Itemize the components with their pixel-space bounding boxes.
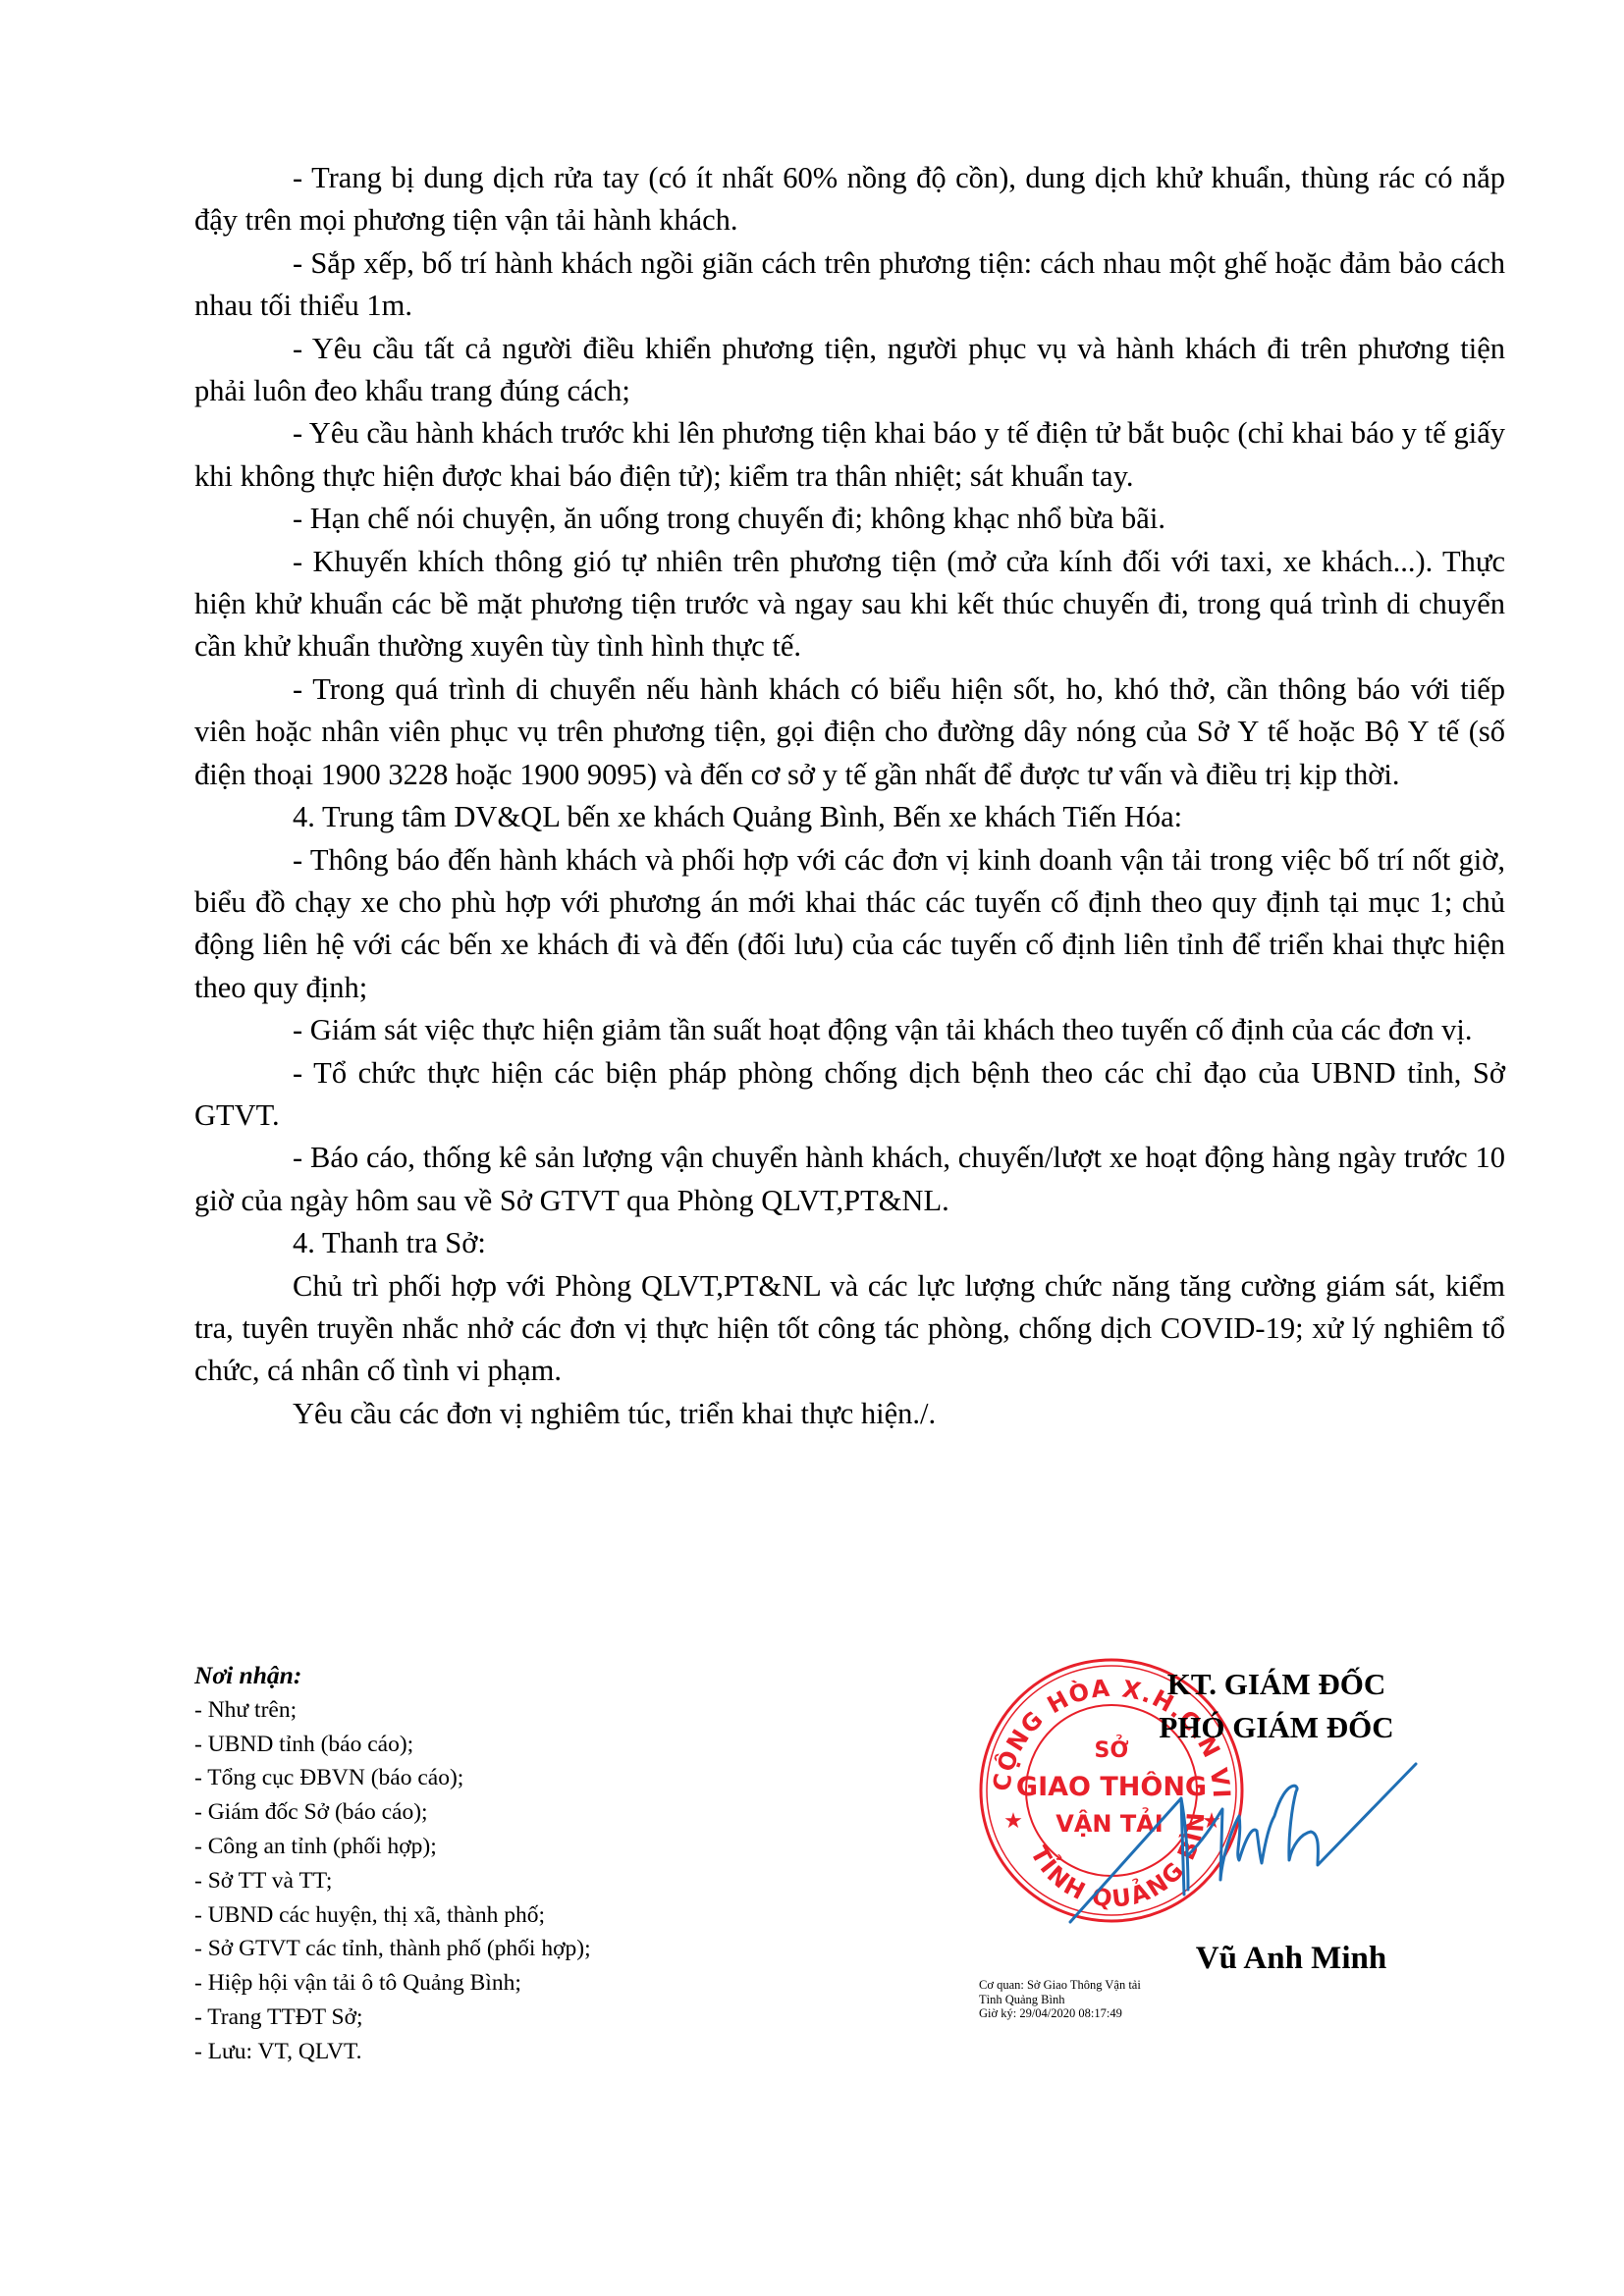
body-paragraph: - Sắp xếp, bố trí hành khách ngồi giãn c…	[194, 242, 1505, 328]
signatory-title-line1: KT. GIÁM ĐỐC	[1114, 1663, 1438, 1706]
digital-signature-agency: Cơ quan: Sở Giao Thông Vận tải	[979, 1978, 1141, 1993]
body-paragraph: - Yêu cầu tất cả người điều khiển phương…	[194, 328, 1505, 413]
handwritten-signature	[1060, 1747, 1453, 1944]
stamp-star-icon: ★	[1003, 1809, 1023, 1834]
body-paragraph: 4. Thanh tra Sở:	[194, 1222, 1505, 1264]
signer-name: Vũ Anh Minh	[1129, 1939, 1453, 1978]
body-paragraph: - Trang bị dung dịch rửa tay (có ít nhất…	[194, 157, 1505, 242]
recipient-item: - Lưu: VT, QLVT.	[194, 2035, 941, 2069]
recipients-list: - Như trên;- UBND tỉnh (báo cáo);- Tổng …	[194, 1693, 941, 2069]
body-paragraph: - Yêu cầu hành khách trước khi lên phươn…	[194, 412, 1505, 498]
digital-signature-province: Tỉnh Quảng Bình	[979, 1993, 1141, 2007]
recipient-item: - Giám đốc Sở (báo cáo);	[194, 1795, 941, 1830]
document-body: - Trang bị dung dịch rửa tay (có ít nhất…	[194, 157, 1505, 1435]
body-paragraph: - Trong quá trình di chuyển nếu hành khá…	[194, 668, 1505, 796]
digital-signature-time: Giờ ký: 29/04/2020 08:17:49	[979, 2006, 1141, 2021]
recipients-block: Nơi nhận: - Như trên;- UBND tỉnh (báo cá…	[194, 1659, 941, 2069]
body-paragraph: - Khuyến khích thông gió tự nhiên trên p…	[194, 541, 1505, 668]
recipient-item: - Sở TT và TT;	[194, 1864, 941, 1898]
digital-signature-info: Cơ quan: Sở Giao Thông Vận tải Tỉnh Quản…	[979, 1978, 1141, 2021]
recipient-item: - Tổng cục ĐBVN (báo cáo);	[194, 1761, 941, 1795]
body-paragraph: - Hạn chế nói chuyện, ăn uống trong chuy…	[194, 498, 1505, 540]
recipient-item: - Hiệp hội vận tải ô tô Quảng Bình;	[194, 1966, 941, 2001]
recipient-item: - Công an tỉnh (phối hợp);	[194, 1830, 941, 1864]
body-paragraph: - Thông báo đến hành khách và phối hợp v…	[194, 839, 1505, 1010]
recipient-item: - UBND tỉnh (báo cáo);	[194, 1728, 941, 1762]
recipient-item: - Như trên;	[194, 1693, 941, 1728]
body-paragraph: - Giám sát việc thực hiện giảm tần suất …	[194, 1009, 1505, 1051]
recipient-item: - Trang TTĐT Sở;	[194, 2001, 941, 2035]
body-paragraph: Chủ trì phối hợp với Phòng QLVT,PT&NL và…	[194, 1265, 1505, 1393]
body-paragraph: 4. Trung tâm DV&QL bến xe khách Quảng Bì…	[194, 796, 1505, 838]
body-paragraph: Yêu cầu các đơn vị nghiêm túc, triển kha…	[194, 1393, 1505, 1435]
recipient-item: - Sở GTVT các tỉnh, thành phố (phối hợp)…	[194, 1932, 941, 1966]
recipients-heading: Nơi nhận:	[194, 1659, 941, 1693]
body-paragraph: - Báo cáo, thống kê sản lượng vận chuyển…	[194, 1137, 1505, 1222]
body-paragraph: - Tổ chức thực hiện các biện pháp phòng …	[194, 1052, 1505, 1138]
recipient-item: - UBND các huyện, thị xã, thành phố;	[194, 1898, 941, 1933]
signatory-title-line2: PHÓ GIÁM ĐỐC	[1114, 1706, 1438, 1749]
signatory-title: KT. GIÁM ĐỐC PHÓ GIÁM ĐỐC	[1114, 1663, 1438, 1749]
